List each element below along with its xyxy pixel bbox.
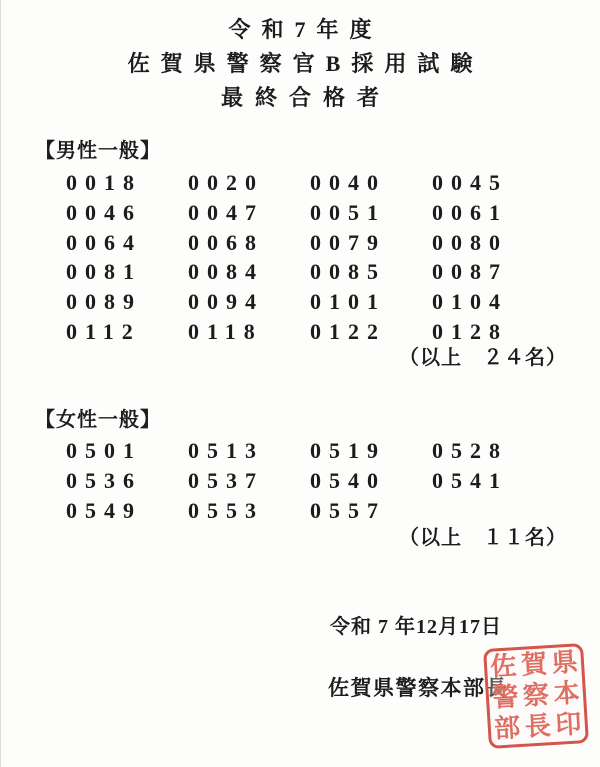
female-numbers-grid: 0501051305190528053605370540054105490553… [66,436,504,525]
seal-character: 佐 [490,653,518,681]
candidate-number: 0081 [66,257,138,287]
candidate-number: 0537 [188,466,260,496]
candidate-number: 0068 [188,228,260,258]
candidate-number: 0513 [188,436,260,466]
candidate-number: 0046 [66,198,138,228]
seal-character: 察 [522,682,550,710]
candidate-number: 0528 [432,436,504,466]
seal-character: 長 [524,713,552,741]
issuer-name: 佐賀県警察本部長 [328,675,508,701]
candidate-number: 0541 [432,466,504,496]
candidate-number: 0549 [66,496,138,526]
seal-character: 賀 [520,652,548,680]
seal-character: 警 [492,684,520,712]
candidate-number: 0051 [310,198,382,228]
candidate-number: 0085 [310,257,382,287]
male-numbers-grid: 0018002000400045004600470051006100640068… [66,168,504,347]
seal-character: 部 [493,715,521,743]
candidate-number: 0536 [66,466,138,496]
title-fiscal-year: 令和7年度 [0,16,600,44]
candidate-number: 0079 [310,228,382,258]
candidate-number: 0089 [66,287,138,317]
candidate-number: 0540 [310,466,382,496]
candidate-number: 0018 [66,168,138,198]
scan-edge-artifact [0,0,1,767]
candidate-number: 0553 [188,496,260,526]
seal-character: 県 [551,650,579,678]
candidate-number: 0112 [66,317,138,347]
candidate-number: 0101 [310,287,382,317]
candidate-number: 0020 [188,168,260,198]
official-seal: 佐賀県警察本部長印 [483,643,589,749]
section-label-female-general: 【女性一般】 [35,407,161,434]
candidate-number: 0557 [310,496,382,526]
candidate-number: 0104 [432,287,504,317]
section-label-male-general: 【男性一般】 [35,138,161,165]
candidate-number: 0061 [432,198,504,228]
candidate-number: 0118 [188,317,260,347]
candidate-number: 0122 [310,317,382,347]
candidate-number: 0047 [188,198,260,228]
candidate-number: 0501 [66,436,138,466]
title-final-passers: 最終合格者 [0,84,600,112]
issue-date: 令和 7 年12月17日 [330,614,502,640]
candidate-number: 0084 [188,257,260,287]
candidate-number: 0128 [432,317,504,347]
candidate-number: 0519 [310,436,382,466]
seal-character: 本 [553,680,581,708]
seal-character: 印 [555,711,583,739]
title-exam-name: 佐賀県警察官B採用試験 [0,50,600,78]
male-total-count: （以上 ２４名） [399,347,567,369]
candidate-number: 0045 [432,168,504,198]
candidate-number: 0040 [310,168,382,198]
candidate-number: 0094 [188,287,260,317]
candidate-number: 0080 [432,228,504,258]
candidate-number: 0087 [432,257,504,287]
document-page: 令和7年度 佐賀県警察官B採用試験 最終合格者 【男性一般】 001800200… [0,0,600,767]
candidate-number: 0064 [66,228,138,258]
female-total-count: （以上 １１名） [399,527,567,549]
